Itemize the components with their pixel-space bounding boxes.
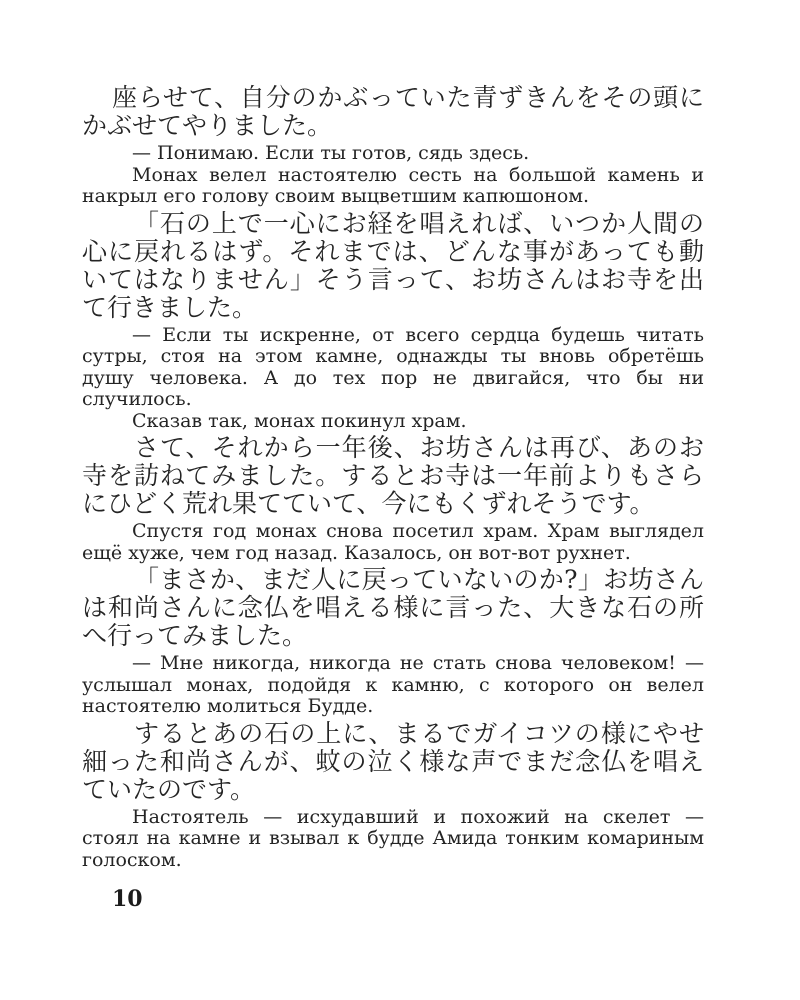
- paragraph-russian-dialogue: — Мне никогда, никогда не стать снова че…: [82, 653, 704, 718]
- paragraph-russian-dialogue: — Понимаю. Если ты готов, сядь здесь.: [82, 143, 704, 165]
- paragraph-russian: Настоятель — исхудавший и похожий на ске…: [82, 807, 704, 872]
- paragraph-japanese: するとあの石の上に、まるでガイコツの様にやせ細った和尚さんが、蚊の泣く様な声でま…: [82, 720, 704, 804]
- paragraph-japanese: 座らせて、自分のかぶっていた青ずきんをその頭にかぶせてやりました。: [82, 84, 704, 140]
- paragraph-japanese: さて、それから一年後、お坊さんは再び、あのお寺を訪ねてみました。するとお寺は一年…: [82, 434, 704, 518]
- paragraph-russian-dialogue: — Если ты искренне, от всего сердца буде…: [82, 325, 704, 411]
- paragraph-russian: Спустя год монах снова посетил храм. Хра…: [82, 521, 704, 564]
- paragraph-japanese-quote: 「石の上で一心にお経を唱えれば、いつか人間の心に戻れるはず。それまでは、どんな事…: [82, 210, 704, 322]
- paragraph-russian: Монах велел настоятелю сесть на большой …: [82, 165, 704, 208]
- page-number: 10: [112, 886, 143, 912]
- paragraph-japanese-quote: 「まさか、まだ人に戻っていないのか?」お坊さんは和尚さんに念仏を唱える様に言った…: [82, 566, 704, 650]
- paragraph-russian: Сказав так, монах покинул храм.: [82, 411, 704, 433]
- book-page-text-block: 座らせて、自分のかぶっていた青ずきんをその頭にかぶせてやりました。 — Пони…: [82, 82, 704, 871]
